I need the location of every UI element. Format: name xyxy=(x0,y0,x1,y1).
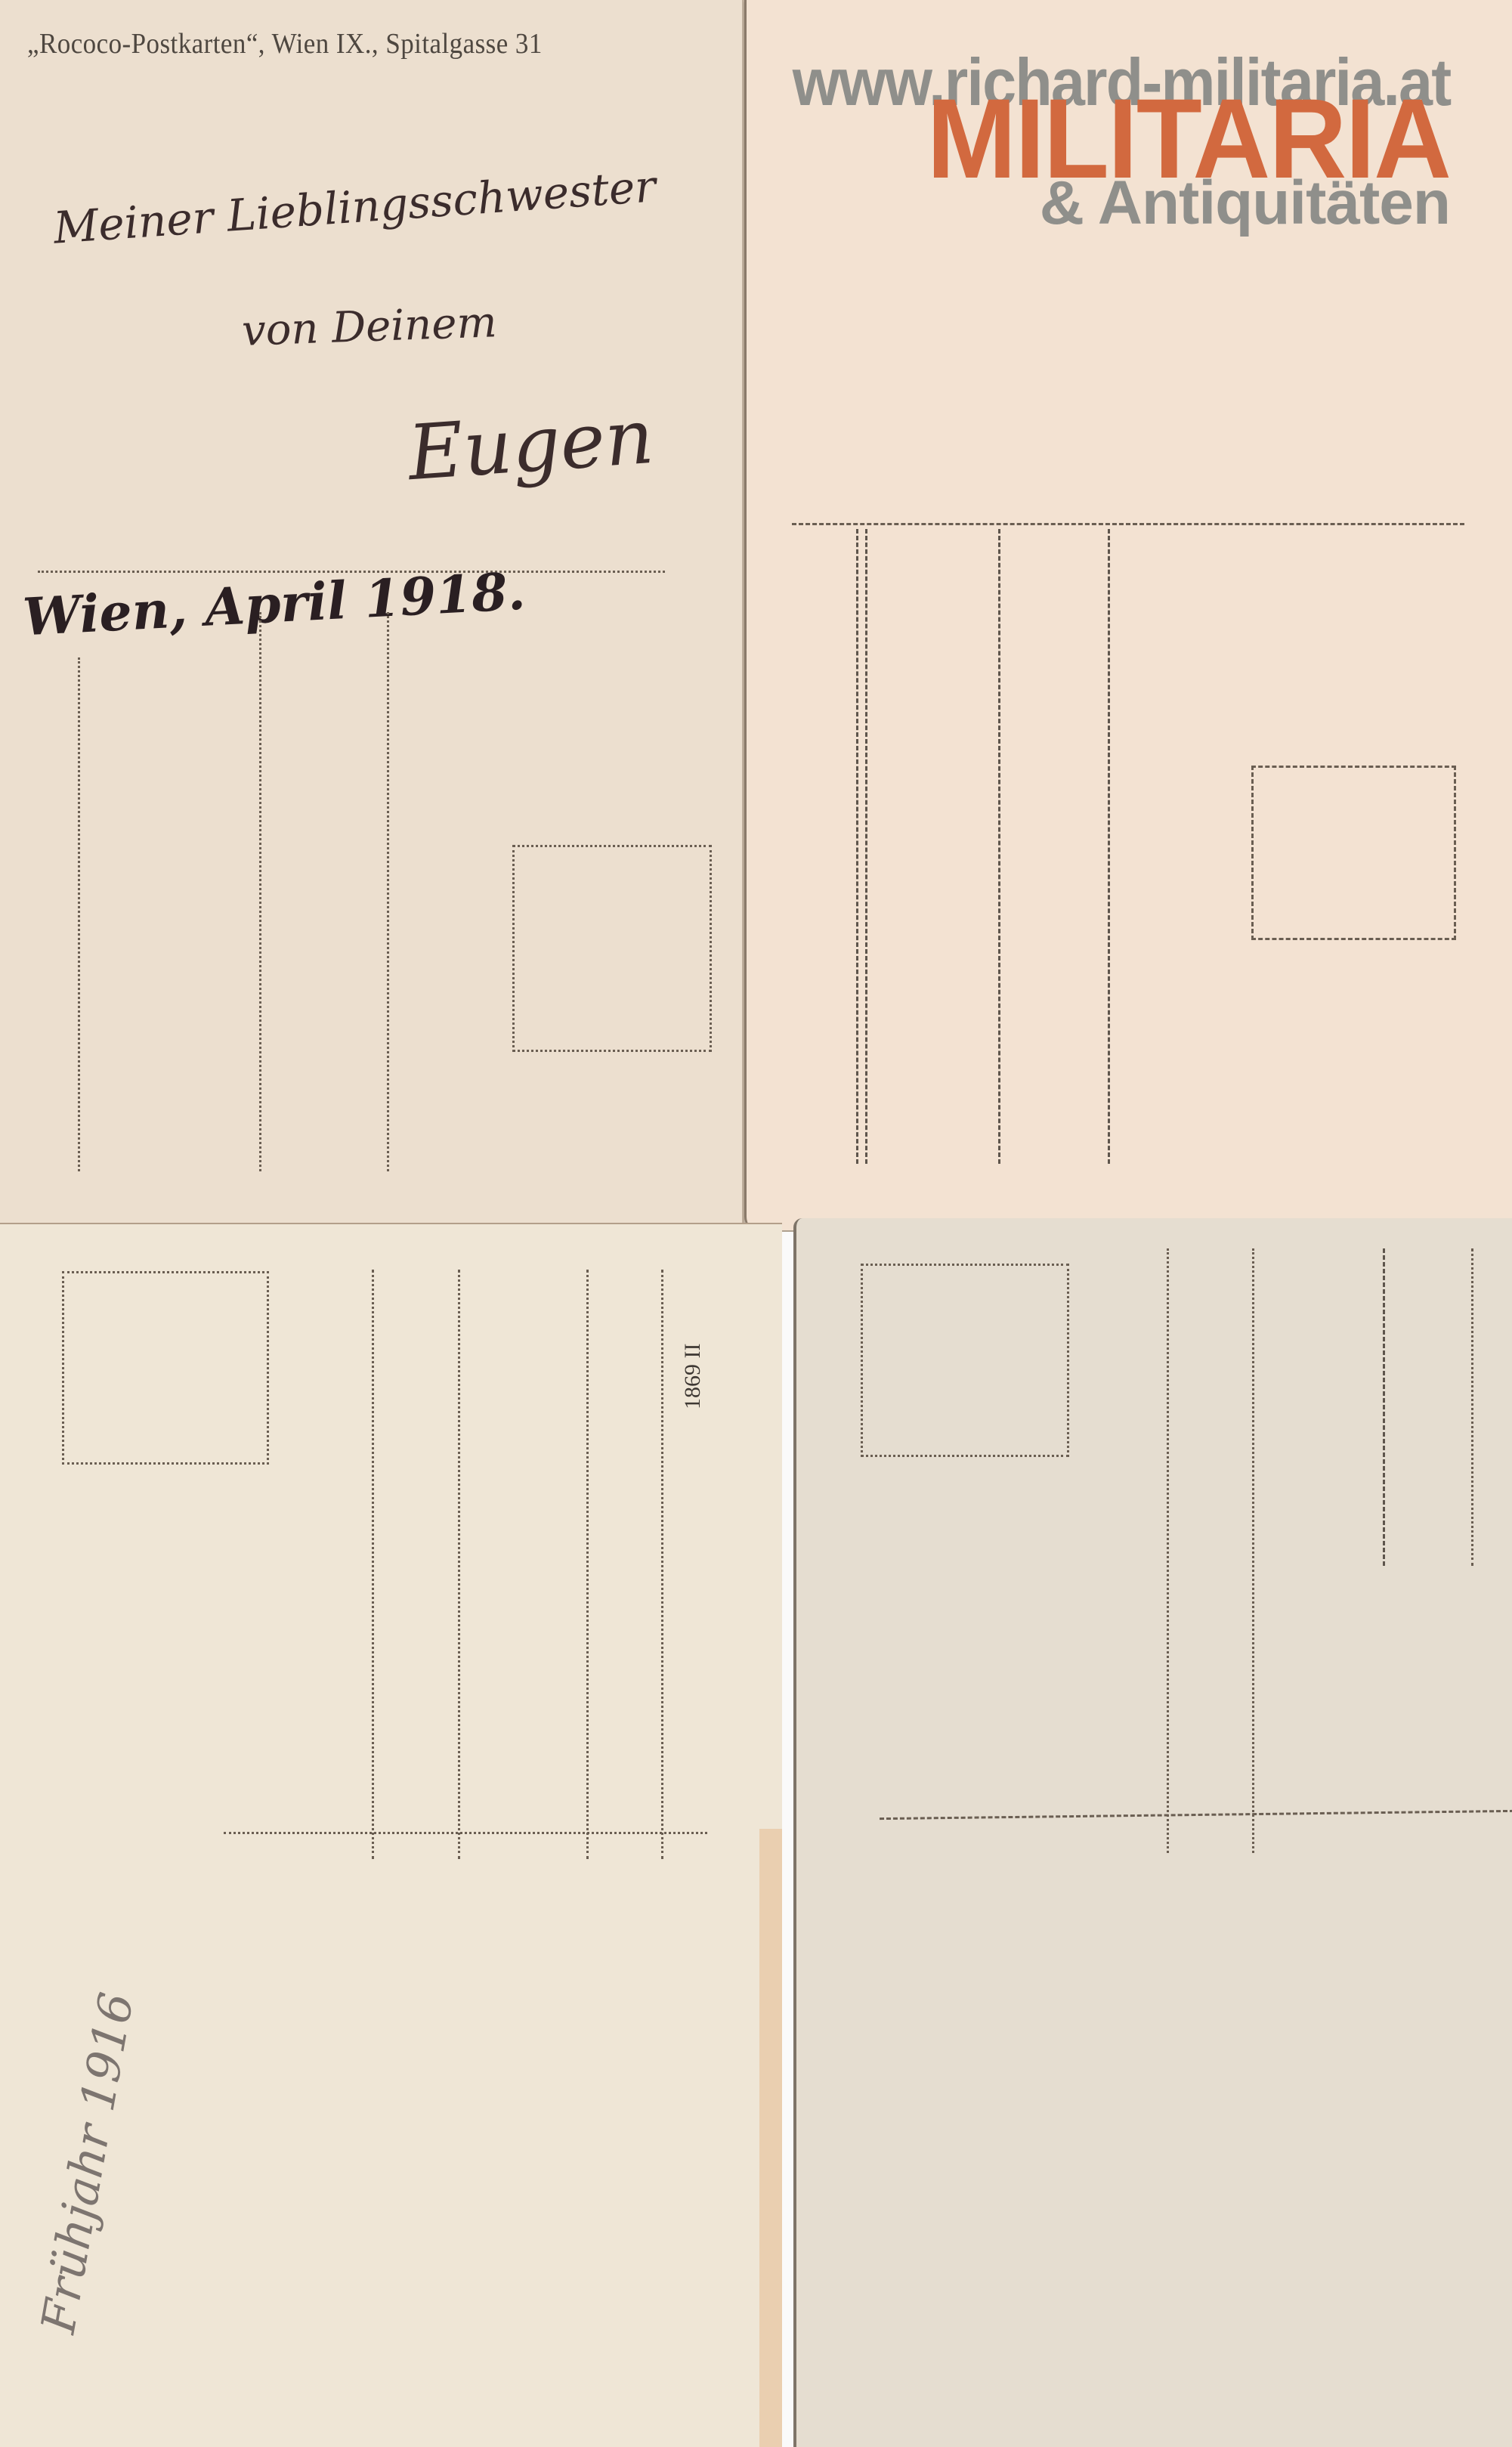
postcard-top-right: www.richard-militaria.at MILITARIA & Ant… xyxy=(744,0,1512,1230)
divider-line xyxy=(224,1832,707,1834)
address-line xyxy=(1252,1248,1254,1853)
address-line xyxy=(1383,1248,1385,1566)
stain-edge xyxy=(759,1829,782,2447)
address-line xyxy=(998,529,1000,1164)
stamp-box xyxy=(861,1264,1069,1457)
address-line xyxy=(856,529,858,1164)
watermark-subtitle: & Antiquitäten xyxy=(1040,168,1450,239)
stamp-box xyxy=(1251,766,1456,940)
postcard-top-left: „Rococo-Postkarten“, Wien IX., Spitalgas… xyxy=(0,0,744,1226)
divider-line xyxy=(880,1810,1512,1820)
address-line xyxy=(1167,1248,1169,1853)
postcard-bottom-left xyxy=(0,1223,782,2447)
address-line xyxy=(372,1270,374,1859)
address-line xyxy=(586,1270,589,1859)
handwriting-signature: Eugen xyxy=(405,392,656,497)
stamp-box xyxy=(512,845,712,1052)
address-line xyxy=(865,529,867,1164)
address-line xyxy=(1108,529,1110,1164)
address-line xyxy=(458,1270,460,1859)
handwriting-place-date: Wien, April 1918. xyxy=(21,561,527,648)
address-line xyxy=(259,612,261,1171)
gap xyxy=(782,1232,794,2447)
postcard-bottom-right xyxy=(793,1218,1512,2447)
printer-imprint: „Rococo-Postkarten“, Wien IX., Spitalgas… xyxy=(27,27,543,60)
address-line xyxy=(78,657,80,1171)
handwriting-from: von Deinem xyxy=(241,298,498,356)
address-line xyxy=(661,1270,663,1859)
address-line xyxy=(1471,1248,1473,1566)
handwriting-dedication: Meiner Lieblingsschwester xyxy=(52,160,657,254)
address-line xyxy=(387,612,389,1171)
serial-number: 1869 II xyxy=(680,1344,706,1409)
divider-line xyxy=(792,523,1464,525)
stamp-box xyxy=(62,1271,269,1465)
